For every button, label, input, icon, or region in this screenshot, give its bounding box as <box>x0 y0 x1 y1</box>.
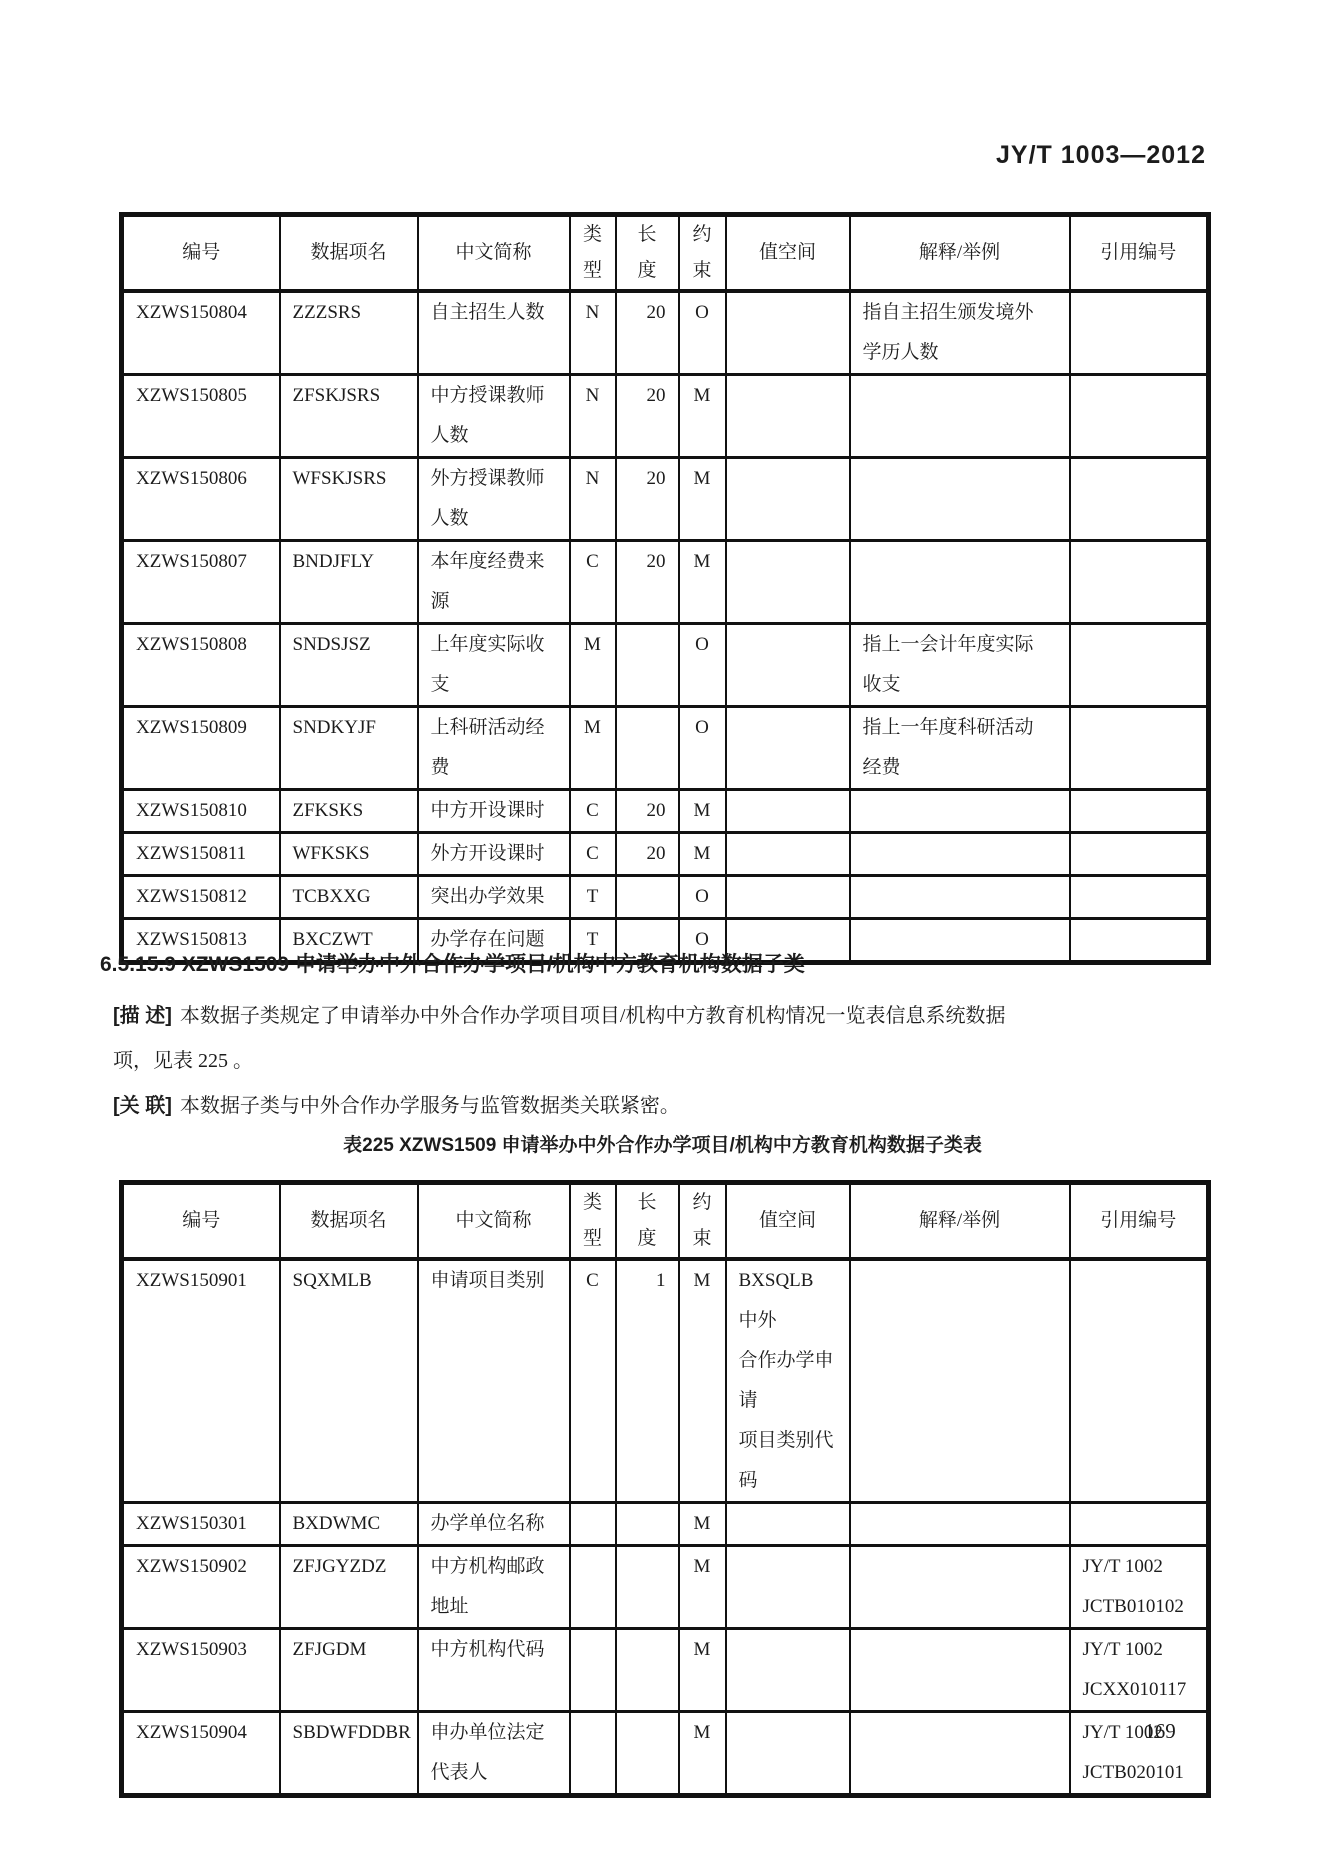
relation-text: 本数据子类与中外合作办学服务与监管数据类关联紧密。 <box>180 1095 680 1117</box>
table-row: XZWS150301BXDWMC办学单位名称M <box>122 1503 1209 1546</box>
table-cell: O <box>679 291 726 375</box>
table-cell <box>1070 291 1209 375</box>
col-header-reference: 引用编号 <box>1070 1183 1209 1260</box>
col-header-cn-abbrev: 中文简称 <box>418 1183 570 1260</box>
table-cell: XZWS150808 <box>122 624 280 707</box>
table-row: XZWS150903ZFJGDM中方机构代码MJY/T 1002 JCXX010… <box>122 1629 1209 1712</box>
table-cell <box>850 1259 1070 1503</box>
table-cell: 上年度实际收 支 <box>418 624 570 707</box>
section-paragraphs: [描 述]本数据子类规定了申请举办中外合作办学项目项目/机构中方教育机构情况一览… <box>113 994 1210 1129</box>
table-cell: M <box>679 458 726 541</box>
table-cell: 20 <box>616 458 679 541</box>
table-cell <box>616 624 679 707</box>
table-cell: 外方开设课时 <box>418 833 570 876</box>
table-cell: 外方授课教师 人数 <box>418 458 570 541</box>
table-cell: C <box>570 790 616 833</box>
col-header-explanation: 解释/举例 <box>850 215 1070 292</box>
table-cell: JY/T 1002 JCXX010117 <box>1070 1629 1209 1712</box>
table-cell: SNDSJSZ <box>280 624 418 707</box>
table-row: XZWS150806WFSKJSRS外方授课教师 人数N20M <box>122 458 1209 541</box>
table-cell: XZWS150806 <box>122 458 280 541</box>
table-cell <box>850 1629 1070 1712</box>
table-cell: N <box>570 458 616 541</box>
table-cell: 20 <box>616 541 679 624</box>
table-row: XZWS150809SNDKYJF上科研活动经 费MO指上一年度科研活动 经费 <box>122 707 1209 790</box>
table-cell: 20 <box>616 833 679 876</box>
table-cell: 20 <box>616 291 679 375</box>
table-cell: M <box>679 1503 726 1546</box>
table-cell: 中方机构邮政 地址 <box>418 1546 570 1629</box>
table-cell <box>616 1546 679 1629</box>
table-cell <box>726 375 850 458</box>
table-cell: 自主招生人数 <box>418 291 570 375</box>
table-row: XZWS150805ZFSKJSRS中方授课教师 人数N20M <box>122 375 1209 458</box>
data-subclass-table-225: 编号 数据项名 中文简称 类 型 长 度 约 束 值空间 解释/举例 引用编号 … <box>119 1180 1211 1798</box>
col-header-constraint: 约 束 <box>679 1183 726 1260</box>
table-cell <box>570 1503 616 1546</box>
table-cell <box>726 541 850 624</box>
table-cell <box>616 876 679 919</box>
table-cell <box>850 833 1070 876</box>
col-header-value-space: 值空间 <box>726 215 850 292</box>
table-cell: XZWS150904 <box>122 1712 280 1796</box>
table-row: XZWS150812TCBXXG突出办学效果TO <box>122 876 1209 919</box>
table-cell <box>726 1712 850 1796</box>
table-cell <box>726 1629 850 1712</box>
table-row: XZWS150901SQXMLB申请项目类别C1MBXSQLB 中外 合作办学申… <box>122 1259 1209 1503</box>
table-cell <box>850 541 1070 624</box>
table-cell <box>570 1712 616 1796</box>
table-cell <box>616 1503 679 1546</box>
table-cell <box>850 790 1070 833</box>
description-text: 本数据子类规定了申请举办中外合作办学项目项目/机构中方教育机构情况一览表信息系统… <box>113 1005 1005 1072</box>
table-cell <box>850 1546 1070 1629</box>
table-cell: ZFSKJSRS <box>280 375 418 458</box>
section-heading: 6.5.15.9 XZWS1509 申请举办中外合作办学项目/机构中方教育机构数… <box>100 950 1220 980</box>
relation-label: [关 联] <box>113 1095 172 1117</box>
table-cell: M <box>679 1259 726 1503</box>
table-cell: XZWS150810 <box>122 790 280 833</box>
table-cell <box>726 458 850 541</box>
table-cell <box>570 1629 616 1712</box>
table-cell: C <box>570 1259 616 1503</box>
page-number: 169 <box>1100 1718 1220 1744</box>
col-header-item-name: 数据项名 <box>280 1183 418 1260</box>
table-cell: 指上一会计年度实际 收支 <box>850 624 1070 707</box>
table-cell: 申请项目类别 <box>418 1259 570 1503</box>
table-cell: 中方授课教师 人数 <box>418 375 570 458</box>
table-cell: ZFJGYZDZ <box>280 1546 418 1629</box>
table-cell <box>616 707 679 790</box>
table-cell: 20 <box>616 375 679 458</box>
table-cell: SBDWFDDBR <box>280 1712 418 1796</box>
table-row: XZWS150807BNDJFLY本年度经费来 源C20M <box>122 541 1209 624</box>
data-subclass-table-1508: 编号 数据项名 中文简称 类 型 长 度 约 束 值空间 解释/举例 引用编号 … <box>119 212 1211 965</box>
table-cell: SQXMLB <box>280 1259 418 1503</box>
table-cell: ZFJGDM <box>280 1629 418 1712</box>
table-cell: TCBXXG <box>280 876 418 919</box>
table-cell <box>850 1712 1070 1796</box>
table-cell: M <box>679 833 726 876</box>
table-cell: T <box>570 876 616 919</box>
table-cell: XZWS150807 <box>122 541 280 624</box>
col-header-id: 编号 <box>122 215 280 292</box>
table-cell <box>726 1503 850 1546</box>
table-cell <box>850 1503 1070 1546</box>
table-cell: XZWS150804 <box>122 291 280 375</box>
table-header-row: 编号 数据项名 中文简称 类 型 长 度 约 束 值空间 解释/举例 引用编号 <box>122 215 1209 292</box>
table-cell: XZWS150301 <box>122 1503 280 1546</box>
table-cell: O <box>679 707 726 790</box>
table-cell: 申办单位法定 代表人 <box>418 1712 570 1796</box>
table-cell: ZFKSKS <box>280 790 418 833</box>
table-cell: BXSQLB 中外 合作办学申请 项目类别代码 <box>726 1259 850 1503</box>
table-cell <box>616 1712 679 1796</box>
table-cell: XZWS150903 <box>122 1629 280 1712</box>
table-cell: 本年度经费来 源 <box>418 541 570 624</box>
table-cell: O <box>679 876 726 919</box>
table-cell: M <box>570 707 616 790</box>
table-cell: BXDWMC <box>280 1503 418 1546</box>
table-cell: BNDJFLY <box>280 541 418 624</box>
table-cell <box>1070 1259 1209 1503</box>
col-header-length: 长 度 <box>616 215 679 292</box>
table-cell: 1 <box>616 1259 679 1503</box>
document-standard-number: JY/T 1003—2012 <box>119 140 1206 170</box>
table-cell <box>850 458 1070 541</box>
table-cell: M <box>679 790 726 833</box>
col-header-explanation: 解释/举例 <box>850 1183 1070 1260</box>
table-cell: XZWS150901 <box>122 1259 280 1503</box>
table-cell: 20 <box>616 790 679 833</box>
table-cell: N <box>570 375 616 458</box>
table-cell: XZWS150809 <box>122 707 280 790</box>
table-cell: M <box>679 375 726 458</box>
relation-paragraph: [关 联]本数据子类与中外合作办学服务与监管数据类关联紧密。 <box>113 1084 1210 1129</box>
table-cell: 指上一年度科研活动 经费 <box>850 707 1070 790</box>
table-cell: WFKSKS <box>280 833 418 876</box>
table-cell <box>570 1546 616 1629</box>
table-row: XZWS150808SNDSJSZ上年度实际收 支MO指上一会计年度实际 收支 <box>122 624 1209 707</box>
col-header-reference: 引用编号 <box>1070 215 1209 292</box>
table-row: XZWS150810ZFKSKS中方开设课时C20M <box>122 790 1209 833</box>
table-cell: SNDKYJF <box>280 707 418 790</box>
table-cell <box>1070 1503 1209 1546</box>
table-cell <box>1070 790 1209 833</box>
col-header-value-space: 值空间 <box>726 1183 850 1260</box>
table-cell: 办学单位名称 <box>418 1503 570 1546</box>
table-row: XZWS150811WFKSKS外方开设课时C20M <box>122 833 1209 876</box>
table-cell: C <box>570 833 616 876</box>
table-cell: 中方机构代码 <box>418 1629 570 1712</box>
table-cell <box>726 833 850 876</box>
col-header-type: 类 型 <box>570 215 616 292</box>
table-row: XZWS150804ZZZSRS自主招生人数N20O指自主招生颁发境外 学历人数 <box>122 291 1209 375</box>
table-cell: 指自主招生颁发境外 学历人数 <box>850 291 1070 375</box>
table-cell: JY/T 1002 JCTB010102 <box>1070 1546 1209 1629</box>
table-cell: M <box>679 1712 726 1796</box>
table-cell: M <box>679 1546 726 1629</box>
table-cell <box>850 876 1070 919</box>
table-cell: 上科研活动经 费 <box>418 707 570 790</box>
col-header-item-name: 数据项名 <box>280 215 418 292</box>
col-header-constraint: 约 束 <box>679 215 726 292</box>
description-paragraph: [描 述]本数据子类规定了申请举办中外合作办学项目项目/机构中方教育机构情况一览… <box>113 994 1210 1084</box>
table-cell: N <box>570 291 616 375</box>
table-cell <box>1070 541 1209 624</box>
table-cell: 突出办学效果 <box>418 876 570 919</box>
table-cell <box>726 707 850 790</box>
table-cell <box>850 375 1070 458</box>
table-cell <box>1070 375 1209 458</box>
table-row: XZWS150904SBDWFDDBR申办单位法定 代表人MJY/T 1002 … <box>122 1712 1209 1796</box>
table-cell: C <box>570 541 616 624</box>
table-cell <box>726 790 850 833</box>
table-row: XZWS150902ZFJGYZDZ中方机构邮政 地址MJY/T 1002 JC… <box>122 1546 1209 1629</box>
table-cell: XZWS150811 <box>122 833 280 876</box>
table-cell <box>726 1546 850 1629</box>
table-cell <box>726 624 850 707</box>
table-cell <box>1070 833 1209 876</box>
table-cell: XZWS150902 <box>122 1546 280 1629</box>
col-header-type: 类 型 <box>570 1183 616 1260</box>
description-label: [描 述] <box>113 1005 172 1027</box>
table-cell <box>1070 458 1209 541</box>
table-cell: O <box>679 624 726 707</box>
document-page: JY/T 1003—2012 编号 数据项名 中文简称 类 型 长 度 约 束 … <box>0 0 1323 1871</box>
table-cell <box>726 291 850 375</box>
table-cell <box>1070 707 1209 790</box>
col-header-length: 长 度 <box>616 1183 679 1260</box>
table-cell: WFSKJSRS <box>280 458 418 541</box>
table-cell <box>616 1629 679 1712</box>
table-cell <box>1070 876 1209 919</box>
table-header-row: 编号 数据项名 中文简称 类 型 长 度 约 束 值空间 解释/举例 引用编号 <box>122 1183 1209 1260</box>
table-cell: M <box>679 541 726 624</box>
table-cell: M <box>570 624 616 707</box>
table-cell: M <box>679 1629 726 1712</box>
table-225-caption: 表225 XZWS1509 申请举办中外合作办学项目/机构中方教育机构数据子类表 <box>119 1132 1206 1160</box>
table-cell <box>726 876 850 919</box>
table-cell: XZWS150805 <box>122 375 280 458</box>
table-cell <box>1070 624 1209 707</box>
table-cell: ZZZSRS <box>280 291 418 375</box>
table-cell: XZWS150812 <box>122 876 280 919</box>
col-header-id: 编号 <box>122 1183 280 1260</box>
table-cell: 中方开设课时 <box>418 790 570 833</box>
col-header-cn-abbrev: 中文简称 <box>418 215 570 292</box>
